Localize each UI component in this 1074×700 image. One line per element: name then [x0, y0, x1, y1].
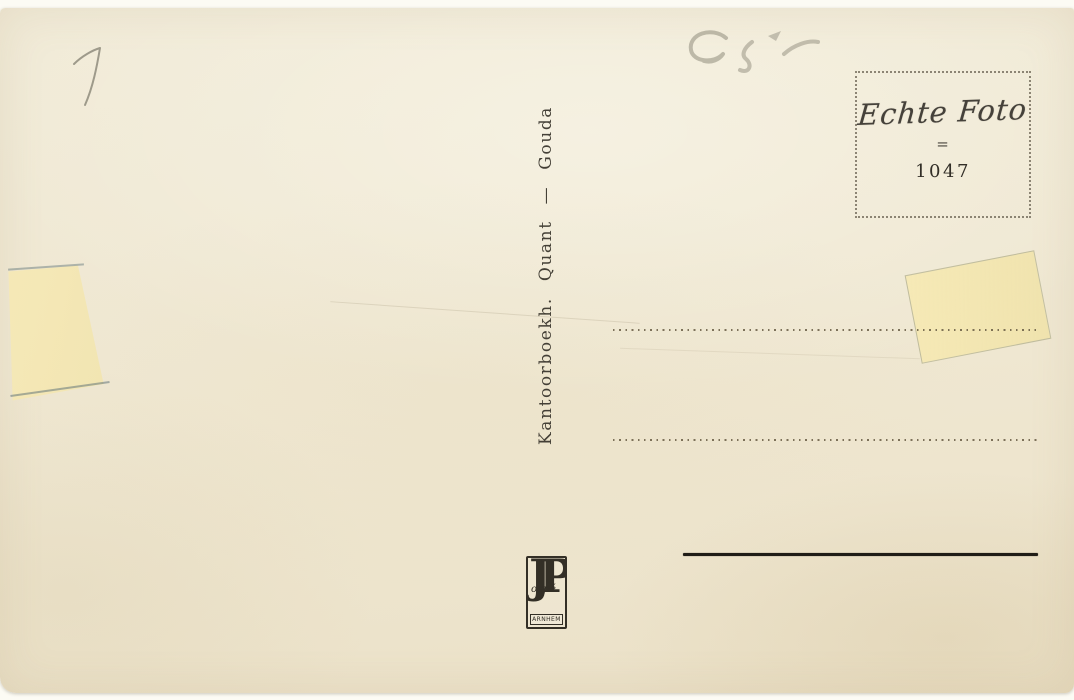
- stamp-equals-mark: =: [936, 135, 950, 153]
- address-dotted-line-2: [613, 439, 1037, 441]
- address-dotted-line-1: [613, 329, 1036, 331]
- scan-background: Echte Foto = 1047 Kantoorboekh. Quant — …: [0, 0, 1074, 700]
- address-solid-line: [683, 553, 1038, 556]
- stamp-brand-text: Echte Foto: [857, 94, 1029, 130]
- crease-line-1: [330, 301, 639, 324]
- logo-city-label: ARNHEM: [530, 614, 563, 625]
- stamp-box: Echte Foto = 1047: [855, 71, 1031, 218]
- stamp-series-number: 1047: [915, 161, 971, 182]
- tape-remnant-left: [2, 258, 109, 408]
- postcard-back: Echte Foto = 1047 Kantoorboekh. Quant — …: [0, 8, 1074, 693]
- publisher-logo: J P ospé ARNHEM: [526, 556, 567, 629]
- logo-name-overlay: ospé: [531, 584, 556, 595]
- pencil-number-mark: [66, 42, 112, 114]
- publisher-imprint: Kantoorboekh. Quant — Gouda: [536, 125, 558, 445]
- crease-line-2: [620, 348, 920, 359]
- pencil-price-mark: [678, 24, 828, 84]
- tape-remnant-right: [905, 250, 1052, 364]
